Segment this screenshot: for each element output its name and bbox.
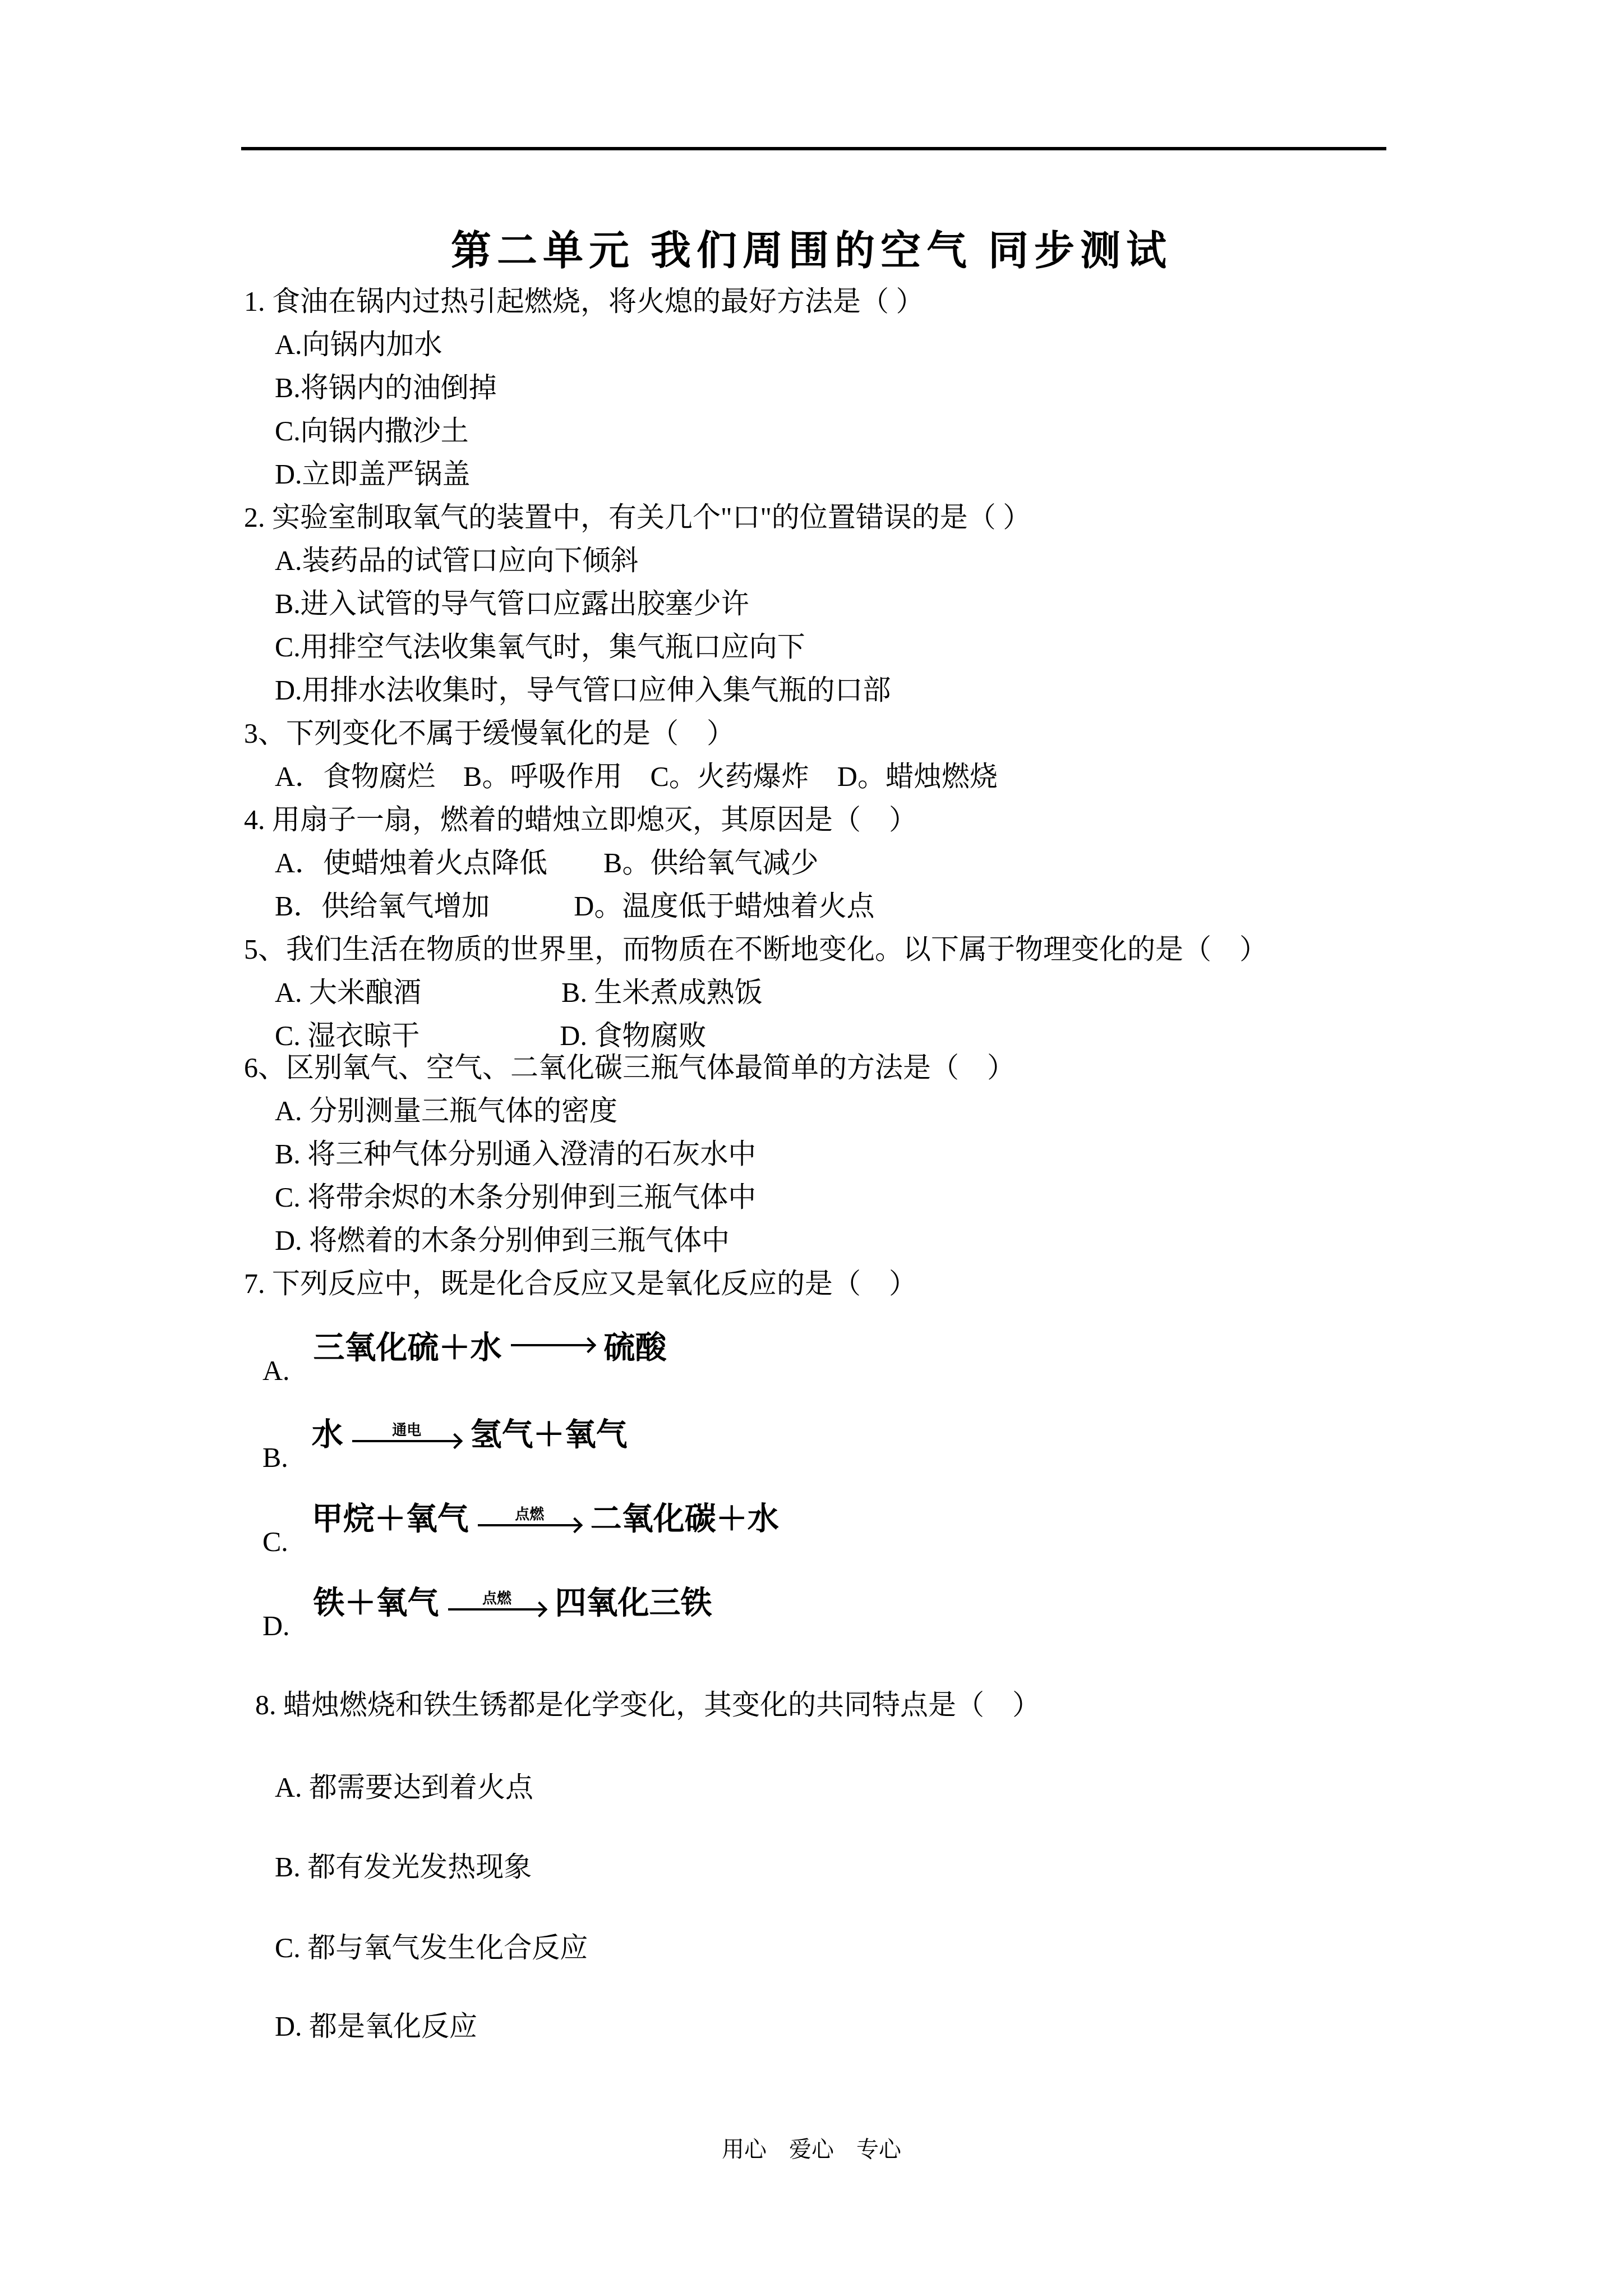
question-1-option-c: C.向锅内撒沙土 bbox=[275, 416, 469, 447]
option-label: B. bbox=[262, 1441, 288, 1474]
arrow-shaft bbox=[511, 1344, 595, 1346]
question-6-option-c: C. 将带余烬的木条分别伸到三瓶气体中 bbox=[275, 1182, 756, 1213]
option-label: C. bbox=[262, 1525, 288, 1558]
question-8-option-d: D. 都是氧化反应 bbox=[275, 2011, 477, 2042]
equation-lhs: 水 bbox=[312, 1410, 343, 1455]
question-6-option-d: D. 将燃着的木条分别伸到三瓶气体中 bbox=[275, 1225, 730, 1256]
question-6-option-a: A. 分别测量三瓶气体的密度 bbox=[275, 1096, 617, 1126]
question-2-option-a: A.装药品的试管口应向下倾斜 bbox=[275, 545, 639, 576]
question-3-options: A．食物腐烂 B。呼吸作用 C。火药爆炸 D。蜡烛燃烧 bbox=[275, 761, 998, 792]
question-6-option-b: B. 将三种气体分别通入澄清的石灰水中 bbox=[275, 1139, 756, 1170]
question-4-stem: 4. 用扇子一扇，燃着的蜡烛立即熄灭，其原因是（ ） bbox=[244, 804, 917, 835]
question-7-option-a: A. 三氧化硫＋水 硫酸 bbox=[262, 1318, 667, 1372]
question-8-stem: 8. 蜡烛燃烧和铁生锈都是化学变化，其变化的共同特点是（ ） bbox=[255, 1690, 1040, 1720]
question-2-option-d: D.用排水法收集时，导气管口应伸入集气瓶的口部 bbox=[275, 675, 891, 706]
equation-lhs: 铁＋氧气 bbox=[313, 1578, 439, 1623]
option-label: D. bbox=[262, 1609, 290, 1642]
reaction-arrow: 点燃 bbox=[478, 1507, 582, 1526]
question-8-option-a: A. 都需要达到着火点 bbox=[275, 1772, 533, 1803]
page-title: 第二单元 我们周围的空气 同步测试 bbox=[0, 218, 1623, 276]
reaction-condition: 点燃 bbox=[482, 1591, 511, 1605]
question-1-stem: 1. 食油在锅内过热引起燃烧，将火熄的最好方法是（ ） bbox=[244, 286, 924, 317]
question-5-options-line-2: C. 湿衣晾干 D. 食物腐败 bbox=[275, 1020, 706, 1051]
equation-rhs: 四氧化三铁 bbox=[555, 1578, 712, 1623]
question-1-option-a: A.向锅内加水 bbox=[275, 329, 442, 360]
arrow-shaft bbox=[478, 1524, 582, 1526]
question-5-stem: 5、我们生活在物质的世界里，而物质在不断地变化。以下属于物理变化的是（ ） bbox=[244, 934, 1267, 965]
page-footer: 用心 爱心 专心 bbox=[0, 2132, 1623, 2164]
question-7-option-b: B. 水 通电 氢气＋氧气 bbox=[262, 1405, 628, 1459]
question-1-option-b: B.将锅内的油倒掉 bbox=[275, 372, 497, 403]
question-8-option-c: C. 都与氧气发生化合反应 bbox=[275, 1932, 588, 1963]
equation-rhs: 二氧化碳＋水 bbox=[591, 1494, 779, 1539]
question-8-option-b: B. 都有发光发热现象 bbox=[275, 1852, 532, 1883]
top-divider bbox=[241, 147, 1386, 150]
document-page: 第二单元 我们周围的空气 同步测试 1. 食油在锅内过热引起燃烧，将火熄的最好方… bbox=[0, 0, 1623, 2296]
question-4-options-line-1: A．使蜡烛着火点降低 B。供给氧气减少 bbox=[275, 848, 818, 878]
question-1-option-d: D.立即盖严锅盖 bbox=[275, 459, 471, 490]
reaction-condition: 点燃 bbox=[515, 1507, 544, 1521]
reaction-arrow bbox=[511, 1344, 595, 1346]
question-7-stem: 7. 下列反应中，既是化合反应又是氧化反应的是（ ） bbox=[244, 1268, 917, 1299]
question-2-stem: 2. 实验室制取氧气的装置中，有关几个"口"的位置错误的是（ ） bbox=[244, 502, 1031, 533]
reaction-arrow: 通电 bbox=[352, 1423, 462, 1442]
question-5-options-line-1: A. 大米酿酒 B. 生米煮成熟饭 bbox=[275, 977, 762, 1008]
question-2-option-c: C.用排空气法收集氧气时，集气瓶口应向下 bbox=[275, 632, 805, 662]
question-7-option-d: D. 铁＋氧气 点燃 四氧化三铁 bbox=[262, 1573, 712, 1627]
question-6-stem: 6、区别氧气、空气、二氧化碳三瓶气体最简单的方法是（ ） bbox=[244, 1052, 1015, 1083]
question-3-stem: 3、下列变化不属于缓慢氧化的是（ ） bbox=[244, 718, 735, 749]
question-2-option-b: B.进入试管的导气管口应露出胶塞少许 bbox=[275, 588, 749, 619]
option-label: A. bbox=[262, 1354, 290, 1387]
equation-lhs: 甲烷＋氧气 bbox=[312, 1494, 469, 1539]
arrow-shaft bbox=[352, 1440, 462, 1442]
equation-rhs: 氢气＋氧气 bbox=[471, 1410, 628, 1455]
question-4-options-line-2: B．供给氧气增加 D。温度低于蜡烛着火点 bbox=[275, 891, 874, 922]
equation-lhs: 三氧化硫＋水 bbox=[313, 1323, 502, 1368]
arrow-shaft bbox=[448, 1608, 546, 1611]
equation-rhs: 硫酸 bbox=[604, 1323, 667, 1368]
reaction-arrow: 点燃 bbox=[448, 1591, 546, 1611]
reaction-condition: 通电 bbox=[392, 1423, 421, 1437]
question-7-option-c: C. 甲烷＋氧气 点燃 二氧化碳＋水 bbox=[262, 1489, 779, 1543]
